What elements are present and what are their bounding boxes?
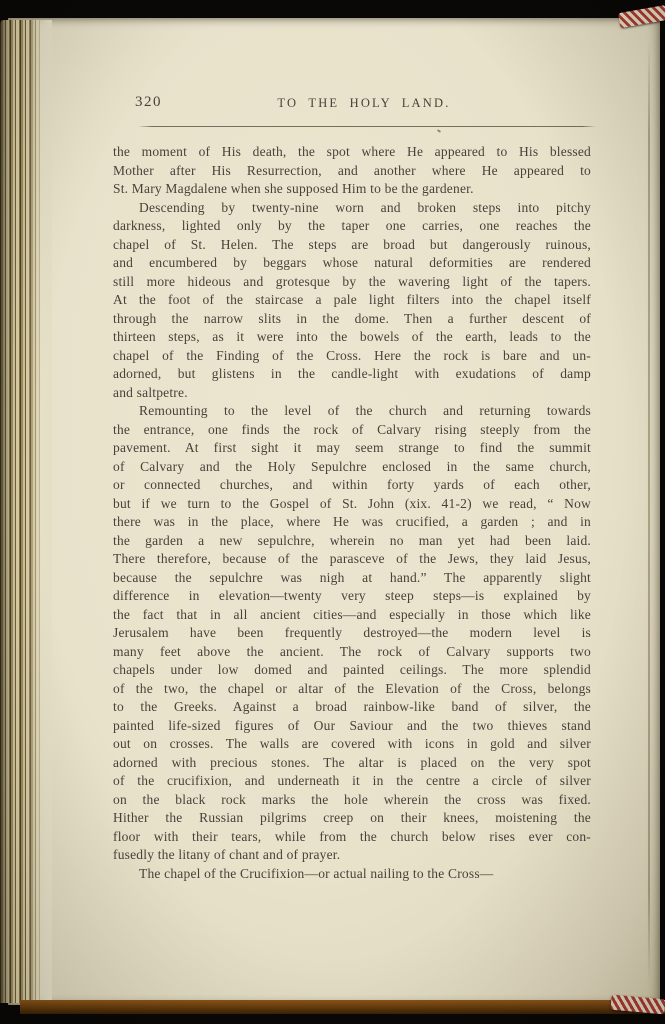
text-line: to the Greeks. Against a broad rainbow-l… <box>113 698 591 717</box>
text-line: St. Mary Magdalene when she supposed Him… <box>113 180 591 199</box>
cover-edge-bottom <box>20 1000 665 1014</box>
text-line: of Calvary and the Holy Sepulchre enclos… <box>113 458 591 477</box>
text-line: chapel of St. Helen. The steps are broad… <box>113 236 591 255</box>
text-block: the moment of His death, the spot where … <box>113 143 591 883</box>
page-stack-fade <box>26 20 52 1003</box>
text-line: thirteen steps, as it were into the bowe… <box>113 328 591 347</box>
text-line: the fact that in all ancient cities—and … <box>113 606 591 625</box>
text-line: and encumbered by beggars whose natural … <box>113 254 591 273</box>
running-title: TO THE HOLY LAND. <box>277 96 450 111</box>
text-line: Mother after His Resurrection, and anoth… <box>113 162 591 181</box>
text-line: and saltpetre. <box>113 384 591 403</box>
text-line: The chapel of the Crucifixion—or actual … <box>113 865 591 884</box>
text-line: There therefore, because of the parascev… <box>113 550 591 569</box>
page-number: 320 <box>135 94 162 111</box>
scan-speck <box>437 129 441 133</box>
text-line: still more hideous and grotesque by the … <box>113 273 591 292</box>
text-line: Remounting to the level of the church an… <box>113 402 591 421</box>
text-line: fusedly the litany of chant and of praye… <box>113 846 591 865</box>
text-line: the garden a new sepulchre, wherein no m… <box>113 532 591 551</box>
text-line: Descending by twenty-nine worn and broke… <box>113 199 591 218</box>
text-line: At the foot of the staircase a pale ligh… <box>113 291 591 310</box>
text-line: difference in elevation—twenty very stee… <box>113 587 591 606</box>
text-line: on the black rock marks the hole wherein… <box>113 791 591 810</box>
text-line: the entrance, one finds the rock of Calv… <box>113 421 591 440</box>
page-crease <box>648 40 650 985</box>
text-line: because the sepulchre was nigh at hand.”… <box>113 569 591 588</box>
scanned-book-photo: 320 TO THE HOLY LAND. the moment of His … <box>0 0 665 1024</box>
text-line: there was in the place, where He was cru… <box>113 513 591 532</box>
text-line: the moment of His death, the spot where … <box>113 143 591 162</box>
text-line: painted life-sized figures of Our Saviou… <box>113 717 591 736</box>
book-page: 320 TO THE HOLY LAND. the moment of His … <box>8 18 660 1005</box>
text-line: through the narrow slits in the dome. Th… <box>113 310 591 329</box>
header-rule <box>138 126 596 127</box>
text-line: out on crosses. The walls are covered wi… <box>113 735 591 754</box>
text-line: but if we turn to the Gospel of St. John… <box>113 495 591 514</box>
text-line: adorned with precious stones. The altar … <box>113 754 591 773</box>
text-line: darkness, lighted only by the taper one … <box>113 217 591 236</box>
text-line: Hither the Russian pilgrims creep on the… <box>113 809 591 828</box>
text-line: Jerusalem have been frequently destroyed… <box>113 624 591 643</box>
text-line: of the crucifixion, and underneath it in… <box>113 772 591 791</box>
text-line: floor with their tears, while from the c… <box>113 828 591 847</box>
text-line: chapel of the Finding of the Cross. Here… <box>113 347 591 366</box>
text-line: chapels under low domed and painted ceil… <box>113 661 591 680</box>
text-line: many feet above the ancient. The rock of… <box>113 643 591 662</box>
text-line: or connected churches, and within forty … <box>113 476 591 495</box>
text-line: pavement. At first sight it may seem str… <box>113 439 591 458</box>
page-header: 320 TO THE HOLY LAND. <box>8 94 660 116</box>
text-line: of the two, the chapel or altar of the E… <box>113 680 591 699</box>
text-line: adorned, but glistens in the candle-ligh… <box>113 365 591 384</box>
